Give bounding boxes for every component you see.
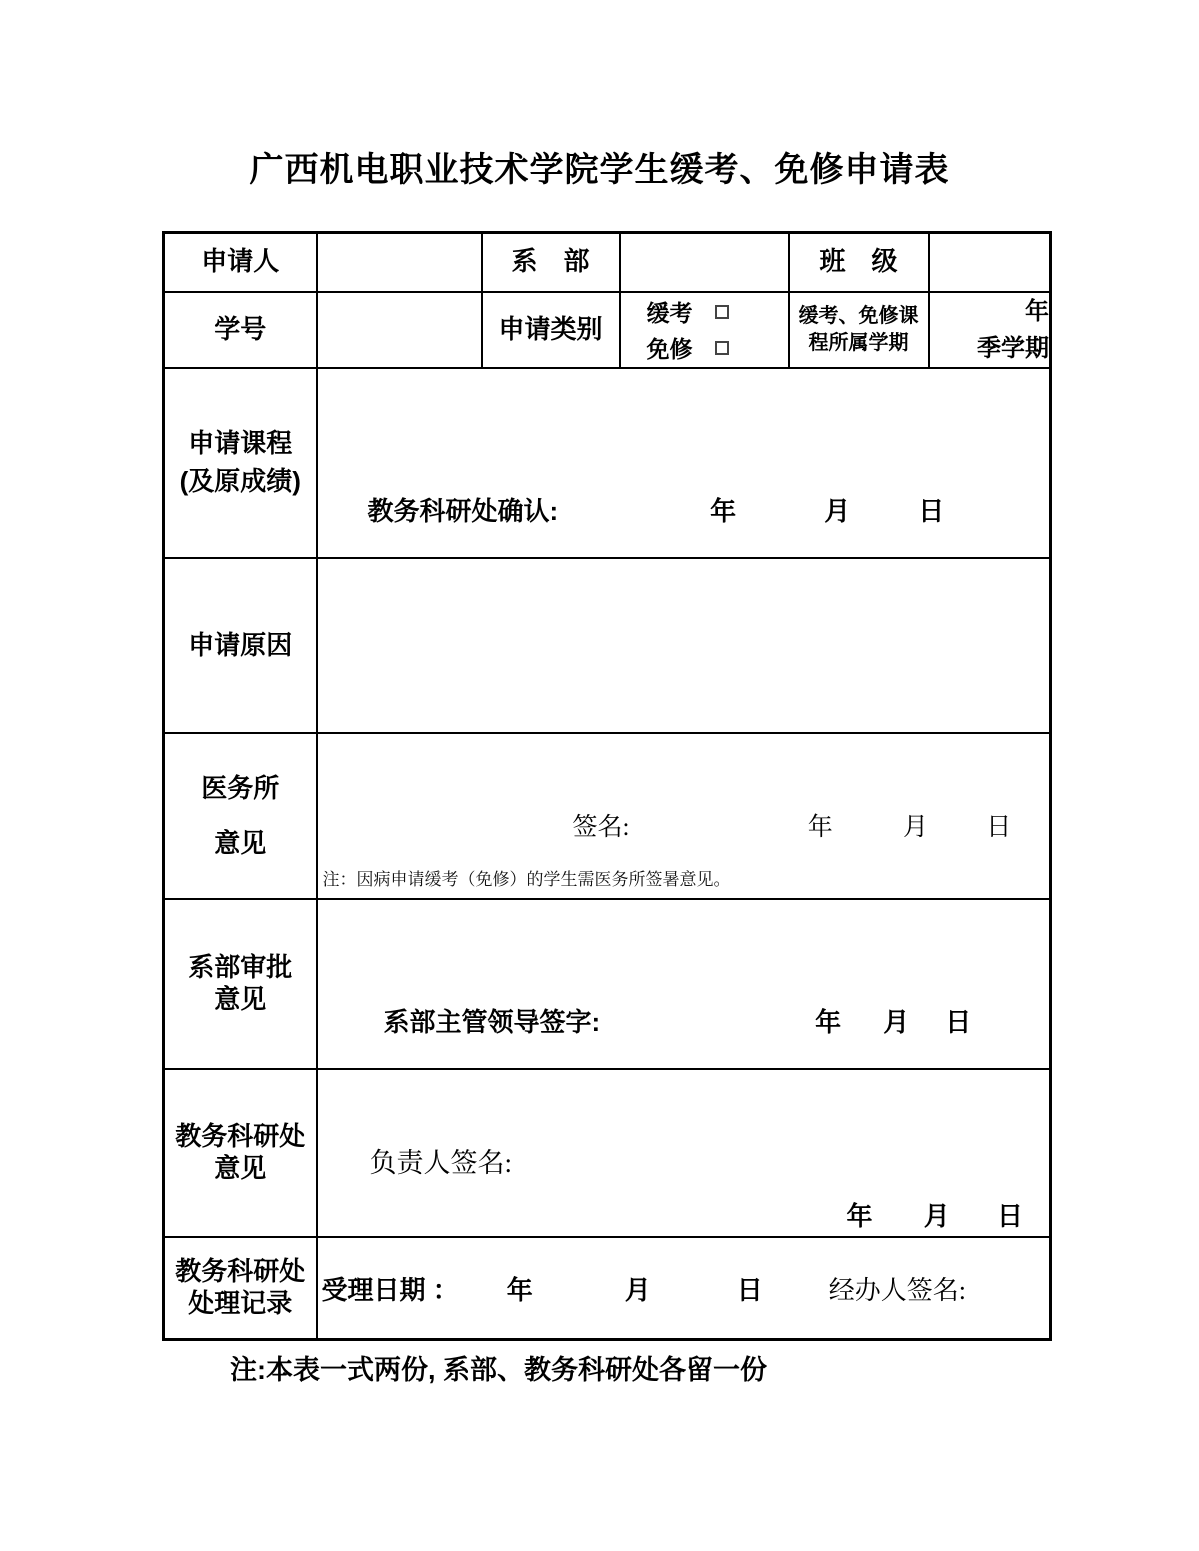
accept-date-label: 受理日期 ：: [322, 1270, 459, 1307]
footer-note: 注:本表一式两份, 系部、教务科研处各留一份: [230, 1348, 767, 1387]
application-form-table: 申请人 系 部 班 级 学号 申请类别 缓考 免修: [162, 231, 1052, 1341]
row-course: 申请课程 (及原成绩) 教务科研处确认: 年 月 日: [164, 368, 1051, 558]
student-id-value-field[interactable]: [317, 292, 482, 368]
day-label: 日: [945, 1002, 971, 1039]
exemption-checkbox[interactable]: [715, 341, 729, 355]
row-student-id: 学号 申请类别 缓考 免修 缓考、免修课程所属学期 年 季学期: [164, 292, 1051, 368]
month-label: 月: [625, 1270, 651, 1307]
student-id-label: 学号: [164, 292, 317, 368]
year-label: 年: [815, 1002, 841, 1039]
applicant-value-field[interactable]: [317, 233, 482, 292]
term-label: 缓考、免修课程所属学期: [789, 292, 929, 368]
applicant-label: 申请人: [164, 233, 317, 292]
class-value-field[interactable]: [929, 233, 1051, 292]
deferred-exam-option: 缓考: [647, 294, 788, 330]
row-academic-opinion: 教务科研处 意见 负责人签名: 年 月 日: [164, 1069, 1051, 1237]
academic-opinion-content-cell[interactable]: 负责人签名: 年 月 日: [317, 1069, 1051, 1237]
application-form-page: 广西机电职业技术学院学生缓考、免修申请表 申请人 系 部 班 级 学号 申请类别…: [0, 0, 1199, 1551]
course-content-cell[interactable]: 教务科研处确认: 年 月 日: [317, 368, 1051, 558]
agent-sign-label: 经办人签名:: [829, 1270, 966, 1307]
month-label: 月: [903, 814, 928, 841]
dept-approval-label: 系部审批 意见: [164, 899, 317, 1069]
apply-type-options-cell: 缓考 免修: [620, 292, 789, 368]
dept-leader-sign-label: 系部主管领导签字:: [384, 1002, 601, 1039]
month-label: 月: [824, 491, 850, 528]
processing-record-content-cell[interactable]: 受理日期 ： 年 月 日 经办人签名:: [317, 1237, 1051, 1340]
reason-label: 申请原因: [164, 558, 317, 733]
responsible-sign-label: 负责人签名:: [318, 1141, 1050, 1180]
deferred-exam-checkbox[interactable]: [715, 305, 729, 319]
year-label: 年: [846, 1201, 872, 1231]
row-applicant: 申请人 系 部 班 级: [164, 233, 1051, 292]
row-reason: 申请原因: [164, 558, 1051, 733]
day-label: 日: [737, 1270, 763, 1307]
medical-note: 注：因病申请缓考（免修）的学生需医务所签暑意见。: [323, 865, 731, 890]
term-value-field[interactable]: 年 季学期: [929, 292, 1051, 368]
exemption-option: 免修: [647, 330, 788, 366]
academic-opinion-label: 教务科研处 意见: [164, 1069, 317, 1237]
month-label: 月: [883, 1002, 909, 1039]
day-label: 日: [997, 1201, 1023, 1231]
medical-opinion-label: 医务所 意见: [164, 733, 317, 899]
row-medical-opinion: 医务所 意见 签名: 年 月 日 注：因病申请缓考（免修）的学生需医务所签暑意见…: [164, 733, 1051, 899]
class-label: 班 级: [789, 233, 929, 292]
processing-record-label: 教务科研处 处理记录: [164, 1237, 317, 1340]
form-title: 广西机电职业技术学院学生缓考、免修申请表: [0, 142, 1199, 191]
year-label: 年: [507, 1270, 533, 1307]
row-dept-approval: 系部审批 意见 系部主管领导签字: 年 月 日: [164, 899, 1051, 1069]
month-label: 月: [924, 1201, 950, 1231]
year-label: 年: [710, 491, 736, 528]
department-value-field[interactable]: [620, 233, 789, 292]
department-label: 系 部: [482, 233, 620, 292]
medical-sign-label: 签名:: [573, 814, 630, 841]
row-processing-record: 教务科研处 处理记录 受理日期 ： 年 月 日 经办人签名:: [164, 1237, 1051, 1340]
exemption-option-label: 免修: [647, 331, 693, 364]
dept-approval-content-cell[interactable]: 系部主管领导签字: 年 月 日: [317, 899, 1051, 1069]
reason-content-cell[interactable]: [317, 558, 1051, 733]
medical-opinion-content-cell[interactable]: 签名: 年 月 日 注：因病申请缓考（免修）的学生需医务所签暑意见。: [317, 733, 1051, 899]
year-label: 年: [808, 814, 833, 841]
course-label: 申请课程 (及原成绩): [164, 368, 317, 558]
academic-office-confirm-label: 教务科研处确认:: [368, 491, 559, 528]
day-label: 日: [986, 814, 1011, 841]
deferred-exam-option-label: 缓考: [647, 295, 693, 328]
apply-type-label: 申请类别: [482, 292, 620, 368]
day-label: 日: [918, 491, 944, 528]
